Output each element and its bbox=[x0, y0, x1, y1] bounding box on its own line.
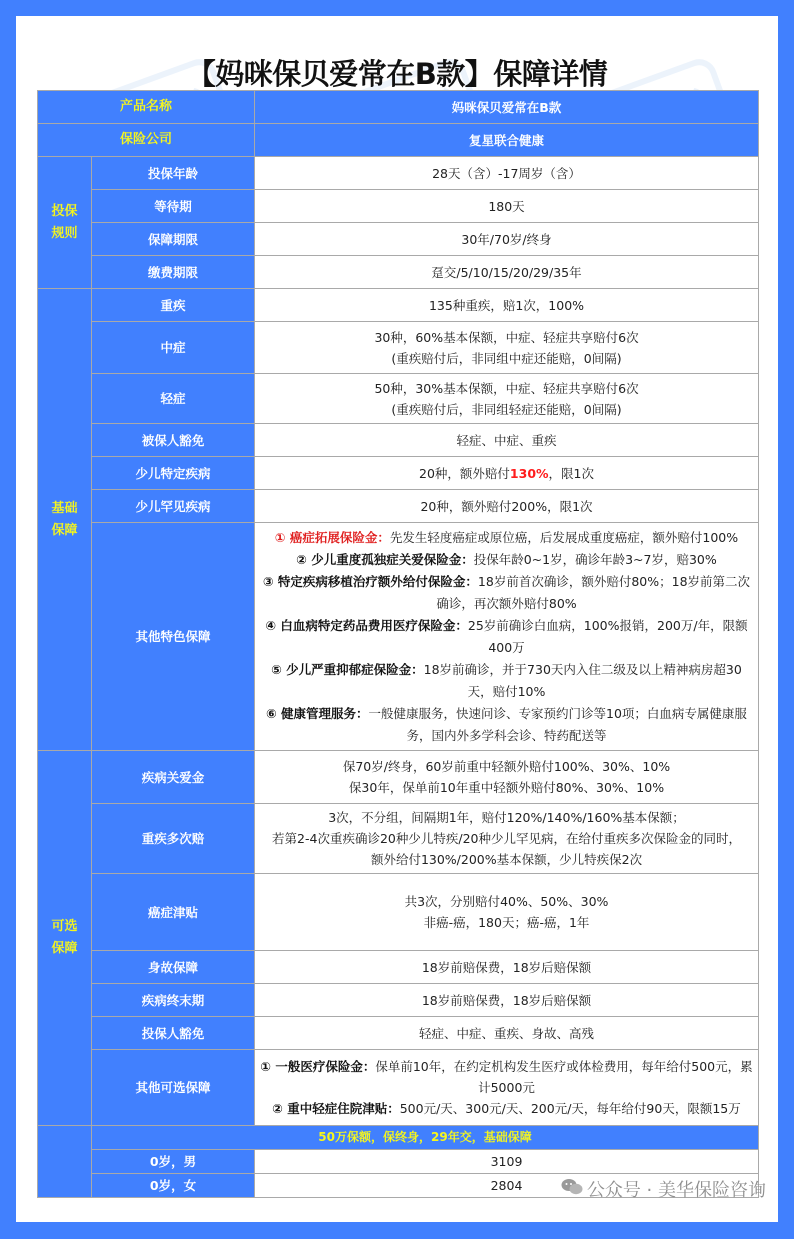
list-item: ① 一般医疗保险金：保单前10年，在约定机构发生医疗或体检费用，每年给付500元… bbox=[259, 1056, 754, 1098]
row-value: 趸交/5/10/15/20/29/35年 bbox=[255, 256, 759, 289]
list-item: ⑥ 健康管理服务：一般健康服务，快速问诊、专家预约门诊等10项；白血病专属健康服… bbox=[259, 703, 754, 747]
table-row: 癌症津贴 共3次，分别赔付40%、50%、30%非癌-癌，180天；癌-癌，1年 bbox=[38, 874, 759, 951]
row-value: 180天 bbox=[255, 190, 759, 223]
special-features-list: ① 癌症拓展保险金：先发生轻度癌症或原位癌，后发展成重度癌症，额外赔付100% … bbox=[255, 523, 759, 751]
source-watermark: 公众号 · 美华保险咨询 bbox=[561, 1176, 766, 1202]
row-label: 投保人豁免 bbox=[92, 1017, 255, 1050]
row-value: 共3次，分别赔付40%、50%、30%非癌-癌，180天；癌-癌，1年 bbox=[255, 874, 759, 951]
row-label: 癌症津贴 bbox=[92, 874, 255, 951]
row-label: 疾病终末期 bbox=[92, 984, 255, 1017]
list-item: ① 癌症拓展保险金：先发生轻度癌症或原位癌，后发展成重度癌症，额外赔付100% bbox=[259, 527, 754, 549]
table-row: 基础保障 重疾 135种重疾，赔1次，100% bbox=[38, 289, 759, 322]
insurer-name: 复星联合健康 bbox=[255, 124, 759, 157]
row-value: 20种，额外赔付200%，限1次 bbox=[255, 490, 759, 523]
table-row: 重疾多次赔 3次，不分组，间隔期1年，赔付120%/140%/160%基本保额；… bbox=[38, 804, 759, 874]
premium-heading: 50万保额，保终身，29年交，基础保障 bbox=[92, 1126, 759, 1150]
table-row: 被保人豁免 轻症、中症、重疾 bbox=[38, 424, 759, 457]
table-row: 投保规则 投保年龄 28天（含）-17周岁（含） bbox=[38, 157, 759, 190]
group-label-rules: 投保规则 bbox=[38, 157, 92, 289]
table-row: 其他可选保障 ① 一般医疗保险金：保单前10年，在约定机构发生医疗或体检费用，每… bbox=[38, 1050, 759, 1126]
row-label: 等待期 bbox=[92, 190, 255, 223]
row-label: 重疾 bbox=[92, 289, 255, 322]
premium-side-cell bbox=[38, 1126, 92, 1198]
group-label-optional: 可选保障 bbox=[38, 751, 92, 1126]
table-row: 50万保额，保终身，29年交，基础保障 bbox=[38, 1126, 759, 1150]
page-title: 【妈咪保贝爱常在B款】保障详情 bbox=[16, 52, 778, 93]
row-value: 3次，不分组，间隔期1年，赔付120%/140%/160%基本保额；若第2-4次… bbox=[255, 804, 759, 874]
coverage-table: 产品名称 妈咪保贝爱常在B款 保险公司 复星联合健康 投保规则 投保年龄 28天… bbox=[37, 90, 759, 1198]
row-label: 重疾多次赔 bbox=[92, 804, 255, 874]
premium-value: 3109 bbox=[255, 1150, 759, 1174]
row-value: 135种重疾，赔1次，100% bbox=[255, 289, 759, 322]
table-row: 轻症 50种，30%基本保额，中症、轻症共享赔付6次(重疾赔付后，非同组轻症还能… bbox=[38, 374, 759, 424]
row-label: 中症 bbox=[92, 322, 255, 374]
row-label: 轻症 bbox=[92, 374, 255, 424]
table-row: 少儿罕见疾病 20种，额外赔付200%，限1次 bbox=[38, 490, 759, 523]
row-label: 少儿罕见疾病 bbox=[92, 490, 255, 523]
row-label: 投保年龄 bbox=[92, 157, 255, 190]
row-label: 0岁，男 bbox=[92, 1150, 255, 1174]
table-row: 中症 30种，60%基本保额，中症、轻症共享赔付6次(重疾赔付后，非同组中症还能… bbox=[38, 322, 759, 374]
table-row: 缴费期限 趸交/5/10/15/20/29/35年 bbox=[38, 256, 759, 289]
list-item: ④ 白血病特定药品费用医疗保险金：25岁前确诊白血病，100%报销，200万/年… bbox=[259, 615, 754, 659]
row-label: 少儿特定疾病 bbox=[92, 457, 255, 490]
row-value: 28天（含）-17周岁（含） bbox=[255, 157, 759, 190]
row-label: 保险公司 bbox=[38, 124, 255, 157]
table-row: 疾病终末期 18岁前赔保费，18岁后赔保额 bbox=[38, 984, 759, 1017]
list-item: ③ 特定疾病移植治疗额外给付保险金：18岁前首次确诊，额外赔付80%；18岁前第… bbox=[259, 571, 754, 615]
row-label: 其他可选保障 bbox=[92, 1050, 255, 1126]
table-row: 可选保障 疾病关爱金 保70岁/终身，60岁前重中轻额外赔付100%、30%、1… bbox=[38, 751, 759, 804]
table-row: 等待期 180天 bbox=[38, 190, 759, 223]
table-row: 其他特色保障 ① 癌症拓展保险金：先发生轻度癌症或原位癌，后发展成重度癌症，额外… bbox=[38, 523, 759, 751]
wechat-icon bbox=[561, 1178, 583, 1201]
row-value: 保70岁/终身，60岁前重中轻额外赔付100%、30%、10%保30年，保单前1… bbox=[255, 751, 759, 804]
group-label-basic: 基础保障 bbox=[38, 289, 92, 751]
highlight-percent: 130% bbox=[510, 466, 549, 481]
row-value: 30种，60%基本保额，中症、轻症共享赔付6次(重疾赔付后，非同组中症还能赔，0… bbox=[255, 322, 759, 374]
row-value: 50种，30%基本保额，中症、轻症共享赔付6次(重疾赔付后，非同组轻症还能赔，0… bbox=[255, 374, 759, 424]
table-row: 0岁，男 3109 bbox=[38, 1150, 759, 1174]
row-label: 被保人豁免 bbox=[92, 424, 255, 457]
table-row: 投保人豁免 轻症、中症、重疾、身故、高残 bbox=[38, 1017, 759, 1050]
table-row: 保障期限 30年/70岁/终身 bbox=[38, 223, 759, 256]
row-label: 产品名称 bbox=[38, 91, 255, 124]
table-row: 少儿特定疾病 20种，额外赔付130%，限1次 bbox=[38, 457, 759, 490]
list-item: ② 重中轻症住院津贴：500元/天、300元/天、200元/天，每年给付90天，… bbox=[259, 1098, 754, 1119]
list-item: ⑤ 少儿严重抑郁症保险金：18岁前确诊，并于730天内入住二级及以上精神病房超3… bbox=[259, 659, 754, 703]
row-label: 身故保障 bbox=[92, 951, 255, 984]
row-value: 30年/70岁/终身 bbox=[255, 223, 759, 256]
row-value: 18岁前赔保费，18岁后赔保额 bbox=[255, 951, 759, 984]
row-label: 缴费期限 bbox=[92, 256, 255, 289]
row-label: 疾病关爱金 bbox=[92, 751, 255, 804]
row-label: 其他特色保障 bbox=[92, 523, 255, 751]
row-value: 轻症、中症、重疾、身故、高残 bbox=[255, 1017, 759, 1050]
row-label: 0岁，女 bbox=[92, 1174, 255, 1198]
row-value: 轻症、中症、重疾 bbox=[255, 424, 759, 457]
optional-features-list: ① 一般医疗保险金：保单前10年，在约定机构发生医疗或体检费用，每年给付500元… bbox=[255, 1050, 759, 1126]
row-value: 20种，额外赔付130%，限1次 bbox=[255, 457, 759, 490]
product-name: 妈咪保贝爱常在B款 bbox=[255, 91, 759, 124]
row-value: 18岁前赔保费，18岁后赔保额 bbox=[255, 984, 759, 1017]
table-row: 产品名称 妈咪保贝爱常在B款 bbox=[38, 91, 759, 124]
list-item: ② 少儿重度孤独症关爱保险金：投保年龄0~1岁，确诊年龄3~7岁，赔30% bbox=[259, 549, 754, 571]
table-row: 身故保障 18岁前赔保费，18岁后赔保额 bbox=[38, 951, 759, 984]
table-row: 保险公司 复星联合健康 bbox=[38, 124, 759, 157]
content-card: 天眼保 天眼保 天眼保 天眼保 天眼保 天眼保 【妈咪保贝爱常在B款】保障详情 … bbox=[16, 16, 778, 1222]
row-label: 保障期限 bbox=[92, 223, 255, 256]
